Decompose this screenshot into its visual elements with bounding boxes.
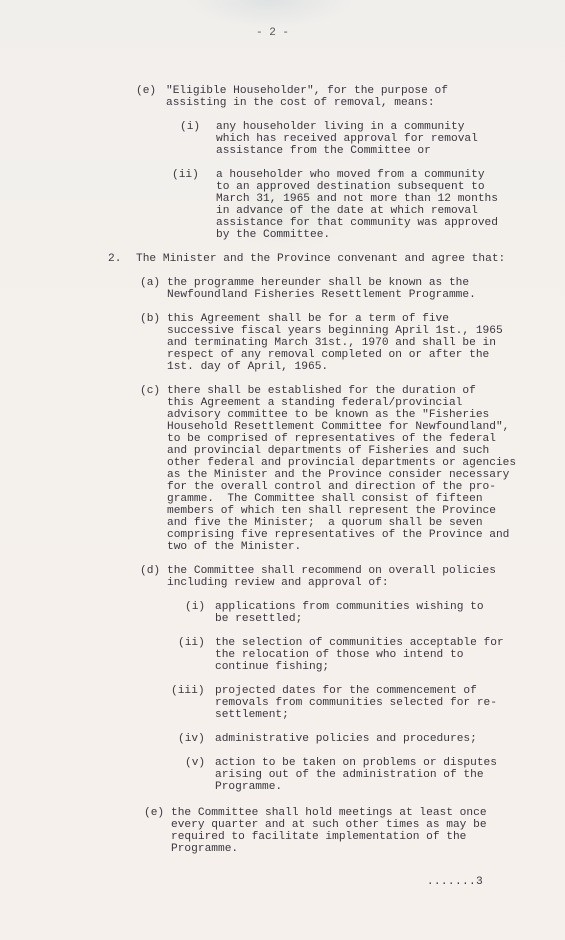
text-line: March 31, 1965 and not more than 12 mont… bbox=[216, 193, 498, 205]
section-number: 2. bbox=[108, 253, 121, 265]
text-line: continue fishing; bbox=[215, 661, 504, 673]
text-line: and five the Minister; a quorum shall be… bbox=[167, 517, 516, 529]
clause-label: (c) bbox=[140, 385, 160, 397]
text-line: a householder who moved from a community bbox=[216, 169, 498, 181]
text-line: comprising five representatives of the P… bbox=[167, 529, 516, 541]
text-line: Programme. bbox=[171, 843, 487, 855]
text-line: 1st. day of April, 1965. bbox=[167, 361, 503, 373]
text-line: respect of any removal completed on or a… bbox=[167, 349, 503, 361]
text-line: to be comprised of representatives of th… bbox=[167, 433, 516, 445]
text-line: The Minister and the Province convenant … bbox=[136, 253, 505, 265]
text-line: the Committee shall recommend on overall… bbox=[167, 565, 496, 577]
clause-text: the Committee shall recommend on overall… bbox=[167, 565, 496, 589]
text-line: assistance from the Committee or bbox=[216, 145, 478, 157]
text-line: the selection of communities acceptable … bbox=[215, 637, 504, 649]
document-page: - 2 - (e) "Eligible Householder", for th… bbox=[0, 0, 565, 940]
text-line: for the overall control and direction of… bbox=[167, 481, 516, 493]
clause-label: (e) bbox=[144, 807, 164, 819]
clause-text: applications from communities wishing to… bbox=[215, 601, 484, 625]
clause-text: the selection of communities acceptable … bbox=[215, 637, 504, 673]
text-line: arising out of the administration of the bbox=[215, 769, 497, 781]
text-line: which has received approval for removal bbox=[216, 133, 478, 145]
text-line: gramme. The Committee shall consist of f… bbox=[167, 493, 516, 505]
text-line: and terminating March 31st., 1970 and sh… bbox=[167, 337, 503, 349]
text-line: removals from communities selected for r… bbox=[215, 697, 497, 709]
text-line: members of which ten shall represent the… bbox=[167, 505, 516, 517]
text-line: administrative policies and procedures; bbox=[215, 733, 477, 745]
text-line: every quarter and at such other times as… bbox=[171, 819, 487, 831]
text-line: two of the Minister. bbox=[167, 541, 516, 553]
clause-text: this Agreement shall be for a term of fi… bbox=[167, 313, 503, 373]
clause-text: a householder who moved from a community… bbox=[216, 169, 498, 241]
clause-label: (i) bbox=[185, 601, 205, 613]
section-text: The Minister and the Province convenant … bbox=[136, 253, 505, 265]
text-line: "Eligible Householder", for the purpose … bbox=[166, 85, 448, 97]
clause-label: (i) bbox=[180, 121, 200, 133]
clause-text: projected dates for the commencement of … bbox=[215, 685, 497, 721]
text-line: applications from communities wishing to bbox=[215, 601, 484, 613]
text-line: action to be taken on problems or disput… bbox=[215, 757, 497, 769]
text-line: as the Minister and the Province conside… bbox=[167, 469, 516, 481]
text-line: this Agreement a standing federal/provin… bbox=[167, 397, 516, 409]
clause-label: (d) bbox=[140, 565, 160, 577]
clause-label: (a) bbox=[140, 277, 160, 289]
clause-label: (b) bbox=[140, 313, 160, 325]
text-line: other federal and provincial departments… bbox=[167, 457, 516, 469]
text-line: the programme hereunder shall be known a… bbox=[167, 277, 476, 289]
text-line: assistance for that community was approv… bbox=[216, 217, 498, 229]
text-line: the Committee shall hold meetings at lea… bbox=[171, 807, 487, 819]
clause-text: any householder living in a community wh… bbox=[216, 121, 478, 157]
text-line: advisory committee to be known as the "F… bbox=[167, 409, 516, 421]
text-line: assisting in the cost of removal, means: bbox=[166, 97, 448, 109]
clause-label: (iv) bbox=[178, 733, 205, 745]
text-line: the relocation of those who intend to bbox=[215, 649, 504, 661]
text-line: projected dates for the commencement of bbox=[215, 685, 497, 697]
clause-text: there shall be established for the durat… bbox=[167, 385, 516, 553]
text-line: be resettled; bbox=[215, 613, 484, 625]
clause-label: (iii) bbox=[171, 685, 205, 697]
clause-label: (e) bbox=[136, 85, 156, 97]
text-line: Programme. bbox=[215, 781, 497, 793]
text-line: Newfoundland Fisheries Resettlement Prog… bbox=[167, 289, 476, 301]
clause-text: the Committee shall hold meetings at lea… bbox=[171, 807, 487, 855]
text-line: there shall be established for the durat… bbox=[167, 385, 516, 397]
text-line: by the Committee. bbox=[216, 229, 498, 241]
text-line: to an approved destination subsequent to bbox=[216, 181, 498, 193]
text-line: settlement; bbox=[215, 709, 497, 721]
clause-text: "Eligible Householder", for the purpose … bbox=[166, 85, 448, 109]
text-line: including review and approval of: bbox=[167, 577, 496, 589]
page-number: - 2 - bbox=[256, 27, 289, 39]
clause-text: the programme hereunder shall be known a… bbox=[167, 277, 476, 301]
clause-label: (v) bbox=[185, 757, 205, 769]
clause-label: (ii) bbox=[178, 637, 205, 649]
clause-text: action to be taken on problems or disput… bbox=[215, 757, 497, 793]
text-line: in advance of the date at which removal bbox=[216, 205, 498, 217]
clause-text: administrative policies and procedures; bbox=[215, 733, 477, 745]
text-line: and provincial departments of Fisheries … bbox=[167, 445, 516, 457]
text-line: successive fiscal years beginning April … bbox=[167, 325, 503, 337]
text-line: Household Resettlement Committee for New… bbox=[167, 421, 516, 433]
text-line: any householder living in a community bbox=[216, 121, 478, 133]
text-line: required to facilitate implementation of… bbox=[171, 831, 487, 843]
clause-label: (ii) bbox=[172, 169, 199, 181]
continued-on-page-marker: .......3 bbox=[427, 876, 483, 888]
text-line: this Agreement shall be for a term of fi… bbox=[167, 313, 503, 325]
